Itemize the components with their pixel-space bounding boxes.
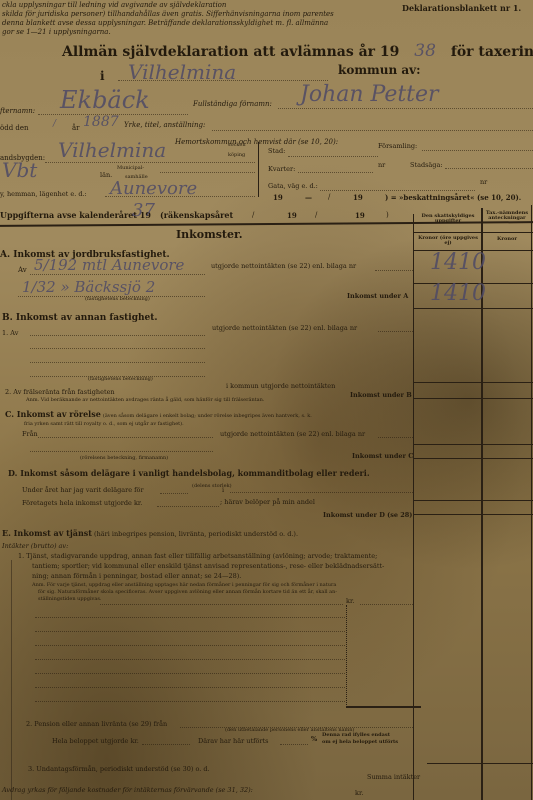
section-d-line1-suffix: i	[222, 487, 224, 494]
period-slash: /	[328, 194, 330, 201]
occupation-label: Yrke, titel, anställning:	[124, 122, 205, 129]
section-b-total-label: Inkomst under B	[350, 392, 412, 399]
col2-sub: Kronor	[484, 237, 530, 242]
section-e-item2-pct: %	[311, 736, 317, 743]
section-e-anm-3: ställningstiden uppgivas.	[38, 597, 102, 602]
title-year[interactable]: 38	[414, 41, 436, 61]
section-d-line2-suffix: ; härav belöper på min andel	[220, 499, 315, 506]
section-e-anm-2: för sig. Naturaförmåner skola specificer…	[38, 590, 337, 595]
section-e-intakter: Intäkter (brutto) av:	[2, 543, 68, 550]
section-c-caption: (rörelsens beteckning, firmanamn)	[80, 456, 168, 461]
section-a-caption: (fastighetens beteckning)	[85, 297, 150, 302]
a-total-amount[interactable]: 1410	[430, 283, 486, 305]
section-e-item1-line3: ning; annan förmån i penningar, bostad e…	[32, 573, 241, 580]
intro-line-4: gor se 1—21 i upplysningarna.	[2, 29, 111, 36]
kvarter-nr-label: nr	[378, 162, 385, 169]
surname-label: fternamn:	[0, 108, 35, 115]
col1-header: Den skattskyldiges uppgifter	[418, 214, 478, 224]
section-d-line1-note: (delens storlek)	[192, 484, 232, 489]
forsamling-label: Församling:	[378, 143, 417, 150]
kommun-prefix: i	[100, 70, 105, 82]
section-c-heading: C. Inkomst av rörelse (även såsom deläga…	[5, 410, 312, 419]
section-c-title-note: (även såsom delägare i enkelt bolag; und…	[103, 413, 312, 419]
col2-header: Tax.-nämndens anteckningar	[484, 211, 530, 221]
surname-value[interactable]: Ekbäck	[60, 88, 150, 112]
born-year-label: år	[72, 125, 80, 132]
section-b-nettointakt: utgjorde nettointäkten (se 22) enl. bila…	[212, 325, 357, 332]
section-b-title: B. Inkomst av annan fastighet.	[2, 314, 158, 323]
rakenskap-close: )	[386, 212, 389, 219]
gata-nr-label: nr	[480, 179, 487, 186]
kalender-year[interactable]: 37	[132, 202, 155, 220]
section-e-anm-1: Anm. För varje tjänst, uppdrag eller ans…	[32, 583, 336, 588]
section-b-row-label: 1. Av	[2, 330, 18, 337]
section-c-total-label: Inkomst under C	[352, 453, 413, 460]
section-a-nettointakt: utgjorde nettointäkten (se 22) enl. bila…	[211, 263, 356, 270]
stadsaga-label: Stadsäga:	[410, 162, 443, 169]
section-e-avdrag-kr: kr.	[355, 790, 363, 797]
section-e-avdrag: Avdrag yrkas för följande kostnader för …	[2, 787, 253, 794]
section-e-item3: 3. Undantagsförmån, periodiskt understöd…	[28, 766, 210, 773]
firstnames-label: Fullständiga förnamn:	[193, 101, 272, 108]
section-b-caption: (fastighetens beteckning)	[88, 377, 153, 382]
kommun-value[interactable]: Vilhelmina	[128, 62, 236, 82]
section-b-kommun-text: i kommun utgjorde nettointäkten	[226, 383, 335, 390]
intro-line-3: denna blankett avse dessa upplysningar. …	[2, 20, 328, 27]
col1-sub: Kronor (öre uppgives ej)	[418, 236, 478, 246]
rakenskap-label: (räkenskapsåret	[160, 211, 233, 219]
section-a-row2[interactable]: 1/32 » Bäckssjö 2	[22, 280, 155, 295]
a-row1-amount[interactable]: 1410	[430, 252, 486, 274]
gata-label: Gata, väg e. d.:	[268, 183, 318, 190]
section-e-item2-line2-mid: Därav har här utförts	[198, 738, 268, 745]
intro-line-2: skilda för juridiska personer) tillhanda…	[2, 11, 334, 18]
section-c-line2: fria yrken samt rätt till royalty o. d.,…	[24, 422, 184, 427]
kvarter-label: Kvarter:	[268, 166, 295, 173]
section-a-total-label: Inkomst under A	[347, 293, 408, 300]
kalender-prefix: Uppgifterna avse kalenderåret 19	[0, 211, 151, 219]
section-c-fran: Från	[22, 431, 38, 438]
socken-label: socken	[228, 143, 246, 148]
landsbygden-value[interactable]: Vilhelmina	[58, 140, 166, 160]
title-suffix: för taxering	[451, 44, 533, 60]
home-heading: Hemortskommun och hemvist där (se 10, 20…	[175, 139, 338, 146]
section-e-item2-line2-prefix: Hela beloppet utgjorde kr.	[52, 738, 139, 745]
section-c-nettointakt: utgjorde nettointäkten (se 22) enl. bila…	[220, 431, 365, 438]
period-year-19b: 19	[353, 194, 363, 201]
income-heading: Inkomster.	[176, 229, 243, 240]
period-dash: —	[305, 194, 312, 201]
period-year-19: 19	[273, 194, 283, 201]
section-e-kr-label: kr.	[346, 598, 354, 605]
section-e-heading: E. Inkomst av tjänst (häri inbegripes pe…	[2, 529, 298, 538]
rakenskap-dash-slash: /	[315, 212, 317, 219]
born-year-value[interactable]: 1887	[83, 115, 119, 129]
section-e-item1-line1: 1. Tjänst, stadigvarande uppdrag, annan …	[18, 553, 377, 560]
section-e-title-note: (häri inbegripes pension, livränta, peri…	[94, 530, 298, 538]
section-e-title: E. Inkomst av tjänst	[2, 528, 92, 538]
section-a-av-label: Av	[18, 267, 27, 274]
form-id: Deklarationsblankett nr 1.	[402, 4, 521, 12]
section-e-item2-note-2: om ej hela beloppet utförts	[322, 740, 398, 745]
by-label: y, hemman, lägenhet e. d.:	[0, 191, 87, 198]
municipal-label-1: Municipal-	[117, 166, 144, 171]
section-d-title: D. Inkomst såsom delägare i vanligt hand…	[8, 469, 370, 477]
rakenskap-slash: /	[252, 212, 254, 219]
lan-value[interactable]: Vbt	[2, 160, 37, 180]
section-e-item2-prefix: 2. Pension eller annan livränta (se 29) …	[26, 721, 167, 728]
section-d-line2-prefix: Företagets hela inkomst utgjorde kr.	[22, 500, 142, 507]
beskattning-label: ) = »beskattningsåret« (se 10, 20).	[385, 194, 521, 201]
born-label: ödd den	[0, 125, 29, 132]
koping-label: köping	[228, 153, 245, 158]
rakenskap-19: 19	[287, 212, 297, 219]
form-title: Allmän självdeklaration att avlämnas år …	[62, 43, 533, 60]
section-b-fralse: 2. Av frälseränta från fastigheten	[5, 389, 115, 396]
born-day[interactable]: /	[53, 120, 56, 129]
stad-label: Stad:	[268, 148, 285, 155]
tax-form-page: ckla upplysningar till ledning vid avgiv…	[0, 0, 533, 800]
section-e-item2-note-1: Denna rad ifylles endast	[322, 733, 390, 738]
section-d-line1-prefix: Under året har jag varit delägare för	[22, 487, 144, 494]
title-prefix: Allmän självdeklaration att avlämnas år …	[62, 44, 399, 60]
section-a-row1[interactable]: 5/192 mtl Aunevore	[34, 258, 184, 273]
rakenskap-19b: 19	[355, 212, 365, 219]
section-b-anm: Anm. Vid beräknande av nettointäkten avd…	[26, 398, 264, 403]
section-e-item1-line2: tantiem; sportler; vid kommunal eller en…	[32, 563, 384, 570]
kommun-suffix: kommun av:	[338, 64, 421, 76]
firstnames-value[interactable]: Johan Petter	[300, 84, 439, 106]
intro-line-1: ckla upplysningar till ledning vid avgiv…	[2, 2, 226, 9]
section-c-title: C. Inkomst av rörelse	[5, 409, 101, 419]
section-e-summa-label: Summa intäkter	[367, 774, 420, 781]
section-d-total-label: Inkomst under D (se 28)	[323, 512, 412, 519]
